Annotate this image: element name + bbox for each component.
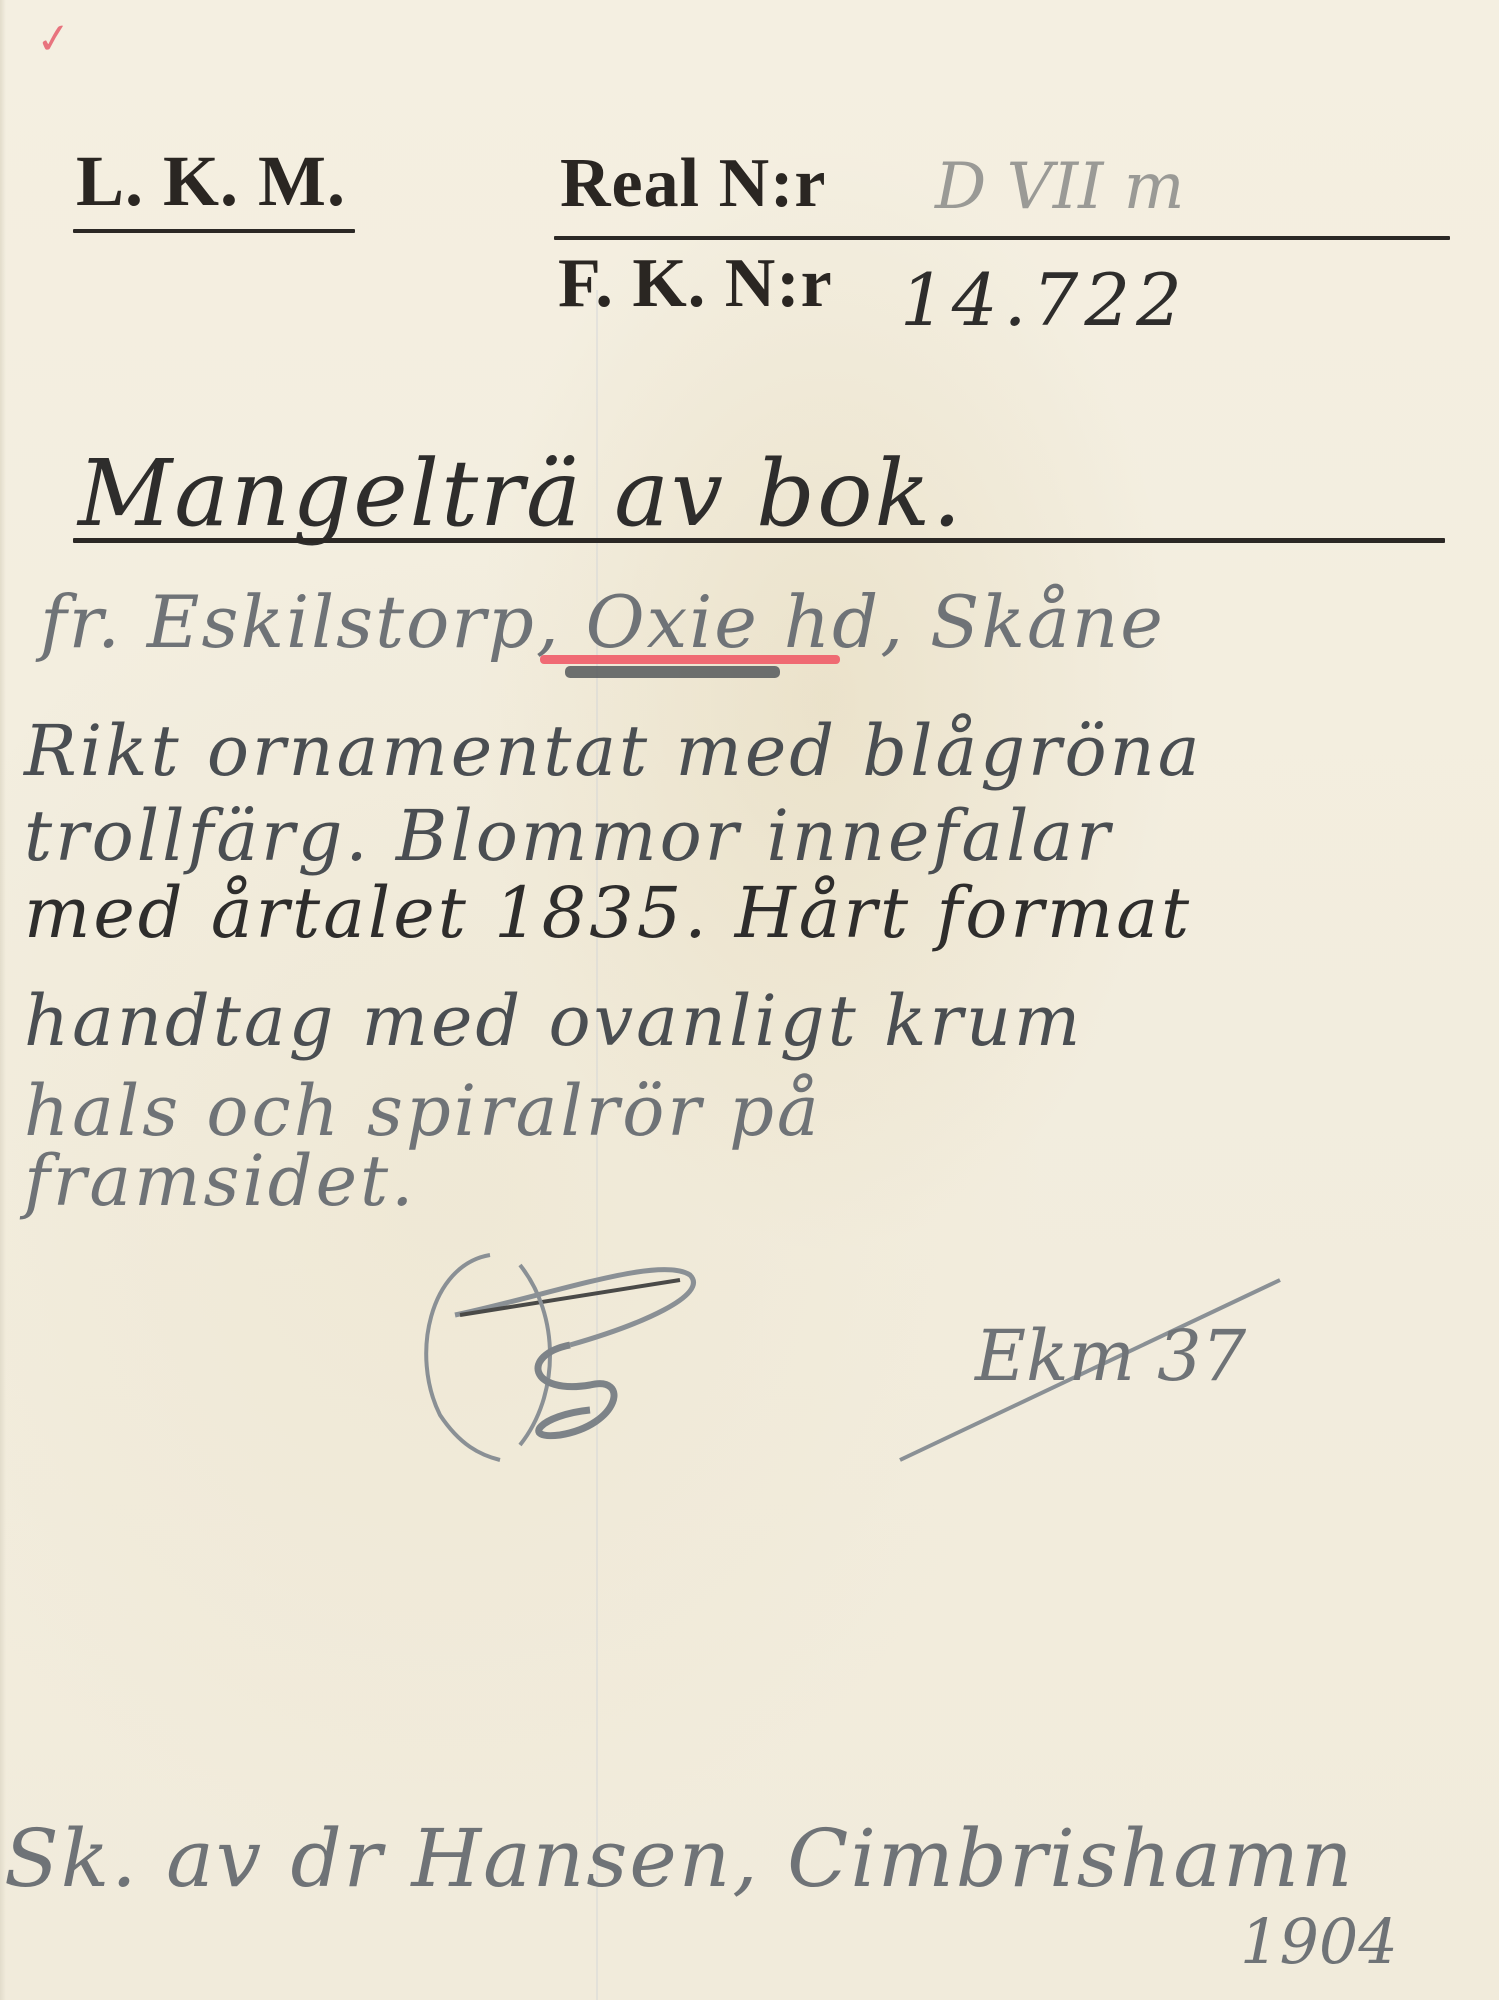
title-divider-rule	[73, 538, 1445, 543]
signature-initial-icon	[400, 1235, 880, 1465]
donation-year: 1904	[1240, 1905, 1398, 1978]
signature-date: Ekm 37	[975, 1315, 1246, 1397]
real-number-label: Real N:r	[560, 144, 827, 224]
description-line: Rikt ornamentat med blågröna	[24, 710, 1202, 792]
ink-underline	[565, 666, 780, 678]
fk-number-label: F. K. N:r	[558, 244, 833, 324]
real-number-value: D VII m	[935, 150, 1184, 224]
object-title: Mangelträ av bok.	[78, 440, 963, 547]
description-line: trollfärg. Blommor innefalar	[24, 795, 1113, 877]
description-line: framsidet.	[24, 1140, 416, 1222]
divider-rule	[554, 236, 1450, 240]
object-origin: fr. Eskilstorp, Oxie hd, Skåne	[40, 580, 1165, 664]
divider-rule	[73, 229, 355, 233]
institution-abbreviation: L. K. M.	[76, 140, 346, 223]
red-pencil-underline	[540, 655, 840, 664]
description-line: handtag med ovanligt krum	[24, 980, 1083, 1062]
fk-number-value: 14.722	[900, 258, 1188, 342]
donor-note: Sk. av dr Hansen, Cimbrishamn	[4, 1812, 1354, 1905]
red-check-mark-icon: ✓	[34, 12, 74, 64]
card-edge	[0, 0, 6, 2000]
description-line: med årtalet 1835. Hårt format	[24, 872, 1192, 954]
